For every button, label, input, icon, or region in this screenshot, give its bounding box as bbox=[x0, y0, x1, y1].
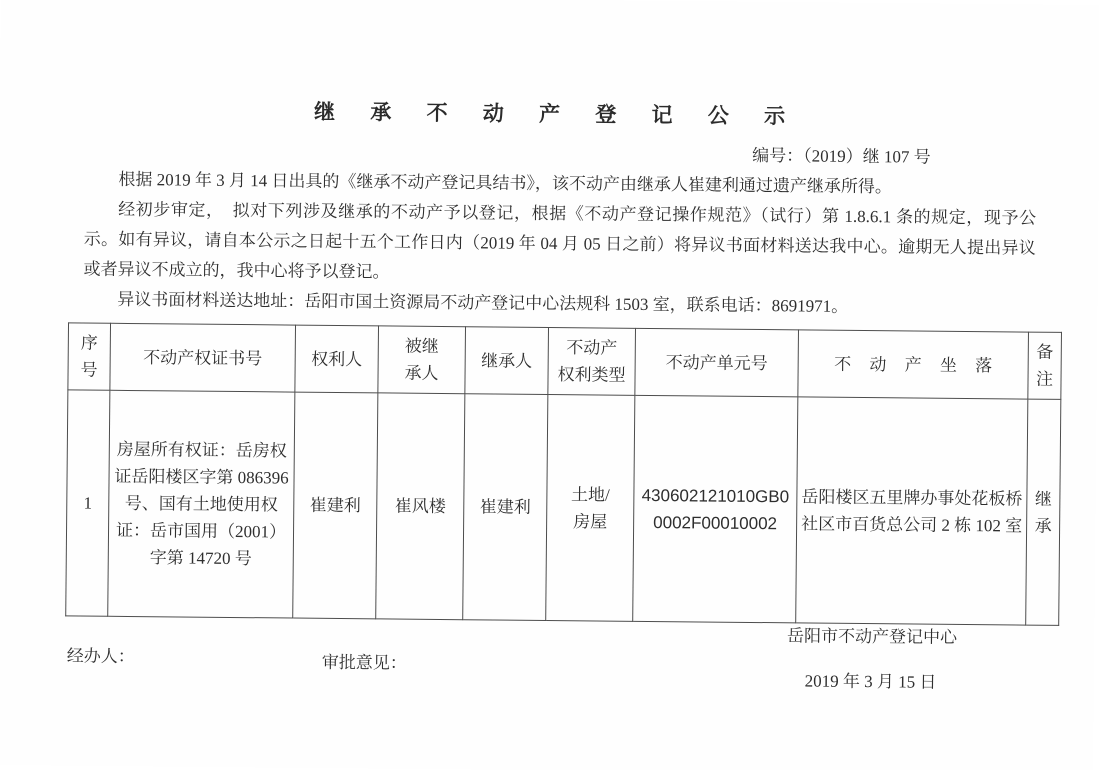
col-header-unit-no: 不动产单元号 bbox=[635, 328, 799, 397]
cell-right-type: 土地/ 房屋 bbox=[546, 394, 635, 621]
registration-table: 序 号 不动产权证书号 权利人 被继 承人 继承人 不动产 权利类型 不动产单元… bbox=[65, 322, 1062, 626]
col-header-seq: 序 号 bbox=[68, 323, 111, 390]
col-header-remark: 备 注 bbox=[1028, 332, 1062, 399]
cell-remark: 继 承 bbox=[1026, 399, 1061, 625]
col-header-heir: 继承人 bbox=[465, 327, 549, 395]
col-header-cert-no: 不动产权证书号 bbox=[110, 323, 296, 392]
col-header-right-holder: 权利人 bbox=[295, 325, 379, 393]
notice-body: 根据 2019 年 3 月 14 日出具的《继承不动产登记具结书》，该不动产由继… bbox=[83, 165, 1036, 324]
paragraph-announcement: 经初步审定， 拟对下列涉及继承的不动产予以登记，根据《不动产登记操作规范》（试行… bbox=[83, 195, 1036, 294]
page-title: 继 承 不 动 产 登 记 公 示 bbox=[0, 0, 1099, 133]
cell-cert-no: 房屋所有权证：岳房权证岳阳楼区字第 086396 号、国有土地使用权证：岳市国用… bbox=[108, 390, 295, 618]
handler-label: 经办人： bbox=[67, 641, 135, 667]
col-header-location: 不 动 产 坐 落 bbox=[798, 330, 1029, 399]
cell-decedent: 崔风楼 bbox=[376, 393, 465, 620]
approval-opinion-label: 审批意见： bbox=[322, 648, 407, 674]
cell-seq: 1 bbox=[66, 390, 110, 616]
issuing-org: 岳阳市不动产登记中心 bbox=[787, 621, 957, 648]
doc-number: 编号：（2019）继 107 号 bbox=[0, 134, 1099, 170]
col-header-right-type: 不动产 权利类型 bbox=[548, 327, 636, 395]
table-header-row: 序 号 不动产权证书号 权利人 被继 承人 继承人 不动产 权利类型 不动产单元… bbox=[68, 323, 1062, 400]
cell-heir: 崔建利 bbox=[463, 394, 548, 621]
issue-date: 2019 年 3 月 15 日 bbox=[805, 666, 937, 692]
col-header-decedent: 被继 承人 bbox=[378, 326, 466, 394]
cell-unit-no: 430602121010GB0 0002F00010002 bbox=[633, 395, 798, 623]
table-row: 1 房屋所有权证：岳房权证岳阳楼区字第 086396 号、国有土地使用权证：岳市… bbox=[66, 390, 1061, 626]
cell-right-holder: 崔建利 bbox=[293, 392, 378, 619]
cell-location: 岳阳楼区五里牌办事处花板桥社区市百货总公司 2 栋 102 室 bbox=[796, 397, 1028, 625]
scanned-document-page: 继 承 不 动 产 登 记 公 示 编号：（2019）继 107 号 根据 20… bbox=[0, 0, 1099, 770]
